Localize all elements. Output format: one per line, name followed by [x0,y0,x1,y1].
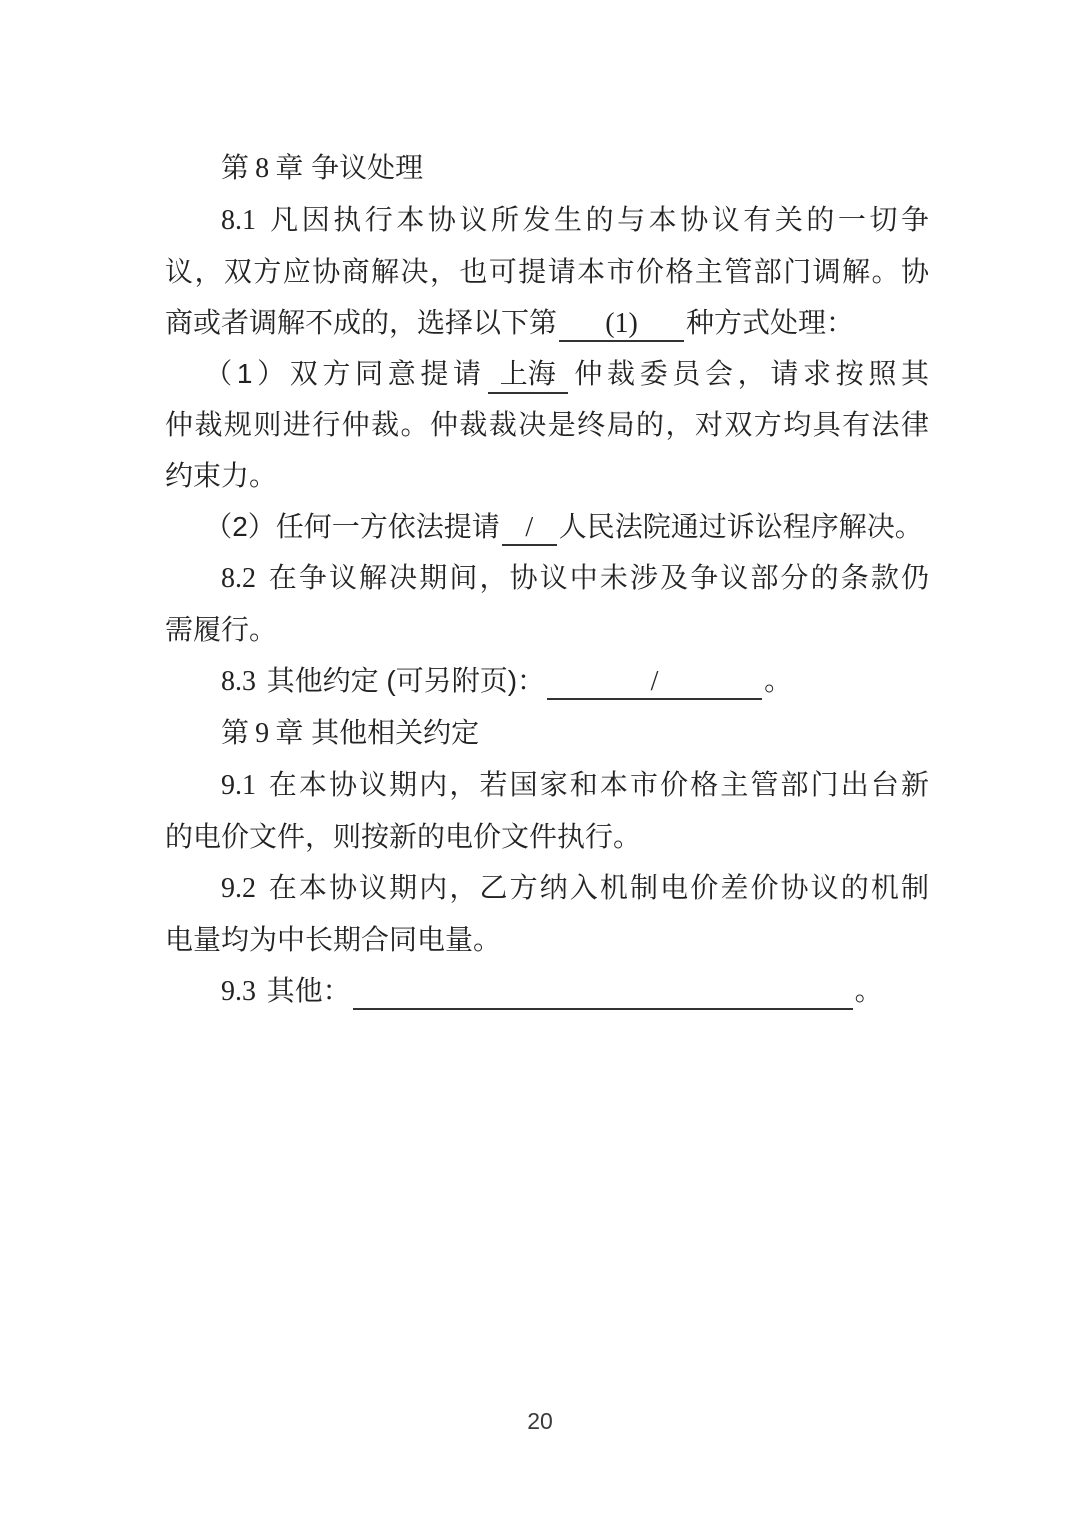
heading-text: 第 [221,152,249,183]
blank-option-number: (1) [559,308,684,342]
clause-text: 种方式处理： [686,307,854,338]
clause-9-2-line-2: 电量均为中长期合同电量。 [165,914,929,965]
clause-9-1-line-1: 9.1在本协议期内，若国家和本市价格主管部门出台新 [165,759,929,811]
clause-8-1-line-2: 议，双方应协商解决，也可提请本市价格主管部门调解。协 [165,246,929,297]
clause-8-1-line-1: 8.1凡因执行本协议所发生的与本协议有关的一切争 [165,194,929,246]
clause-number: 8.1 [221,205,256,236]
item-1-line-2: 仲裁规则进行仲裁。仲裁裁决是终局的，对双方均具有法律 [165,399,929,450]
clause-text: 在争议解决期间，协议中未涉及争议部分的条款仍 [267,562,929,593]
heading-text: 第 [221,717,249,748]
document-page: 第8章 争议处理 8.1凡因执行本协议所发生的与本协议有关的一切争 议，双方应协… [0,0,1080,1527]
clause-9-1-line-2: 的电价文件，则按新的电价文件执行。 [165,811,929,862]
clause-text: 。 [855,975,883,1006]
page-number: 20 [0,1408,1080,1435]
clause-text: 电量均为中长期合同电量。 [165,924,501,955]
item-2-line: （2）任何一方依法提请/人民法院通过诉讼程序解决。 [165,501,929,552]
heading-text: 章 其他相关约定 [275,717,479,748]
clause-text: 仲裁委员会，请求按照其 [570,358,929,389]
clause-text: 仲裁规则进行仲裁。仲裁裁决是终局的，对双方均具有法律 [165,409,929,440]
clause-8-2-line-2: 需履行。 [165,604,929,655]
clause-text: 的电价文件，则按新的电价文件执行。 [165,821,641,852]
clause-text: 约束力。 [165,460,277,491]
clause-9-2-line-1: 9.2在本协议期内，乙方纳入机制电价差价协议的机制 [165,862,929,914]
clause-9-3-line: 9.3其他： 。 [165,965,929,1017]
chapter-8-heading: 第8章 争议处理 [165,142,929,194]
clause-text: （2）任何一方依法提请 [204,511,500,542]
clause-text: 商或者调解不成的，选择以下第 [165,307,557,338]
blank-arbitration-commission: 上海 [488,352,568,394]
item-1-line-1: （1）双方同意提请上海仲裁委员会，请求按照其 [165,348,929,399]
clause-text: 在本协议期内，若国家和本市价格主管部门出台新 [267,769,929,800]
clause-8-1-line-3: 商或者调解不成的，选择以下第(1)种方式处理： [165,297,929,348]
clause-8-2-line-1: 8.2在争议解决期间，协议中未涉及争议部分的条款仍 [165,552,929,604]
clause-text: 凡因执行本协议所发生的与本协议有关的一切争 [267,204,929,235]
heading-text: 章 争议处理 [275,152,423,183]
chapter-number: 8 [255,153,269,184]
clause-text: 其他： [267,975,351,1006]
clause-8-3-line: 8.3其他约定 (可另附页)：/。 [165,655,929,707]
clause-number: 9.2 [221,873,256,904]
clause-text: 。 [764,665,792,696]
clause-number: 9.1 [221,770,256,801]
clause-number: 8.2 [221,563,256,594]
chapter-number: 9 [255,718,269,749]
clause-number: 9.3 [221,976,256,1007]
clause-text: 需履行。 [165,614,277,645]
clause-text: 人民法院通过诉讼程序解决。 [559,511,923,542]
document-body: 第8章 争议处理 8.1凡因执行本协议所发生的与本协议有关的一切争 议，双方应协… [165,142,929,1017]
clause-text: （1）双方同意提请 [204,358,486,389]
item-1-line-3: 约束力。 [165,450,929,501]
chapter-9-heading: 第9章 其他相关约定 [165,707,929,759]
clause-text: 议，双方应协商解决，也可提请本市价格主管部门调解。协 [165,256,929,287]
clause-number: 8.3 [221,666,256,697]
blank-other [353,976,853,1010]
clause-text: 其他约定 (可另附页)： [267,665,545,696]
clause-text: 在本协议期内，乙方纳入机制电价差价协议的机制 [267,872,929,903]
blank-other-agreement: / [547,666,762,700]
blank-court-name: / [502,512,557,546]
